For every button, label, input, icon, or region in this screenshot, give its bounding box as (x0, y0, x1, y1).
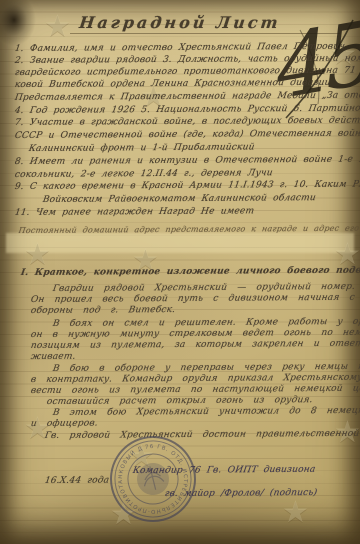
faded-band (6, 233, 354, 253)
signature-rank-line: гв. майор /Фролов/ (подпись) (164, 488, 318, 499)
citation-line: оставшийся расчет открыл огонь из орудия… (46, 395, 313, 407)
section-heading: I. Краткое, конкретное изложение личного… (20, 266, 360, 278)
field-war-service-2: СССР и Отечественной войне (где, когда) … (14, 129, 360, 141)
field-drafted-by: Войковским Райвоенкоматом Калининской об… (42, 193, 317, 205)
citation-line: вести огонь из пулемета по наступающей н… (30, 384, 360, 396)
field-war-service-1: 7. Участие в гражданской войне, в послед… (14, 116, 360, 128)
citation-line: и офицеров. (30, 419, 99, 429)
star-watermark: ★ (282, 498, 309, 528)
scanned-award-document: { "document": { "title": "Наградной Лист… (0, 0, 360, 544)
citation-line: позициям из пулемета, за которым закрепл… (30, 339, 360, 351)
signature-position-line: Командир 76 Гв. ОИПТ дивизиона (132, 465, 316, 476)
date-handwritten: 16.X.44 года (44, 476, 110, 486)
field-wounds-2: сокольники, 2-е легкое 12.II.44 г., дере… (14, 168, 273, 180)
aged-paper-sheet: ★ ★ ★ ★ ★ ★ ★ ★ ★ ★ ★ Наградной Лист 45 … (0, 0, 360, 544)
field-fronts: Калининский фронт и 1-й Прибалтийский (28, 142, 255, 154)
field-service-since: 9. С какого времени в Красной Армии 11.I… (14, 180, 360, 192)
field-prior-awards: 11. Чем ранее награжден Наград Не имеет (14, 206, 255, 218)
citation-conclusion: Гв. рядовой Хрестьянский достоин правите… (44, 429, 360, 441)
citation-line: В этом бою Хрестьянский уничтожил до 8 н… (52, 406, 360, 418)
citation-line: живает. (30, 352, 76, 362)
field-wounds-1: 8. Имеет ли ранения и контузии в Отечест… (14, 155, 360, 167)
citation-line: Он прошел весь боевой путь с дивизионом … (30, 293, 360, 305)
star-watermark: ★ (24, 240, 51, 270)
citation-line: обороны под г. Витебск. (30, 305, 176, 316)
